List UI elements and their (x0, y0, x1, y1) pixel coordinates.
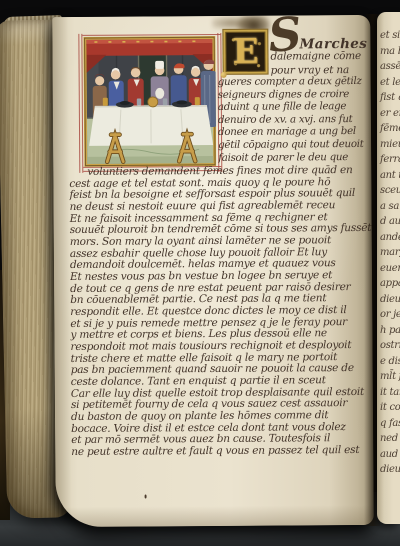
text-line: fēmes (380, 121, 400, 137)
facing-page-text: et silouma bnassēblaet leurfist quer en … (380, 28, 400, 478)
page-inner-shadow (52, 17, 72, 527)
text-line: it tant (380, 385, 400, 401)
text-line: fist qu (380, 90, 400, 106)
text-line: a sa fē (380, 199, 400, 215)
text-line: ferray (380, 152, 400, 168)
text-line: assēbla (380, 59, 400, 75)
miniature-frame (78, 33, 225, 175)
main-text-block: voluntiers demandent fēmes fines mot dir… (69, 165, 374, 459)
text-line: it conte (380, 400, 400, 416)
text-line: mary (380, 245, 400, 261)
text-line: ne peut estre aultre et fault q vous en … (71, 445, 374, 459)
text-line: ant tous (380, 168, 400, 184)
text-line: sceu d (380, 183, 400, 199)
banquet-miniature (83, 36, 216, 167)
text-line: ostrin (380, 338, 400, 354)
text-line: ma bn (380, 44, 400, 60)
manuscript-photo: E S Marches dalemaigne cōmepour vray et … (0, 0, 400, 546)
text-line: d auez (380, 214, 400, 230)
text-line: aud pe (380, 447, 400, 463)
manuscript-page: E S Marches dalemaigne cōmepour vray et … (52, 15, 374, 527)
text-line: er en ce (380, 106, 400, 122)
ruling-line (78, 34, 80, 173)
page-bottom-shadow (56, 505, 374, 527)
text-line: et leur (380, 75, 400, 91)
facing-page-sliver: et silouma bnassēblaet leurfist quer en … (377, 12, 400, 524)
text-line: gueres compter a deux gētilz (218, 75, 371, 89)
text-line: q fass (380, 416, 400, 432)
ink-speck (145, 494, 147, 498)
text-line: faisoit de parer le deu que (218, 150, 371, 164)
illuminated-initial: E (223, 30, 267, 74)
text-line: e disan (380, 354, 400, 370)
text-line: ned et d (380, 431, 400, 447)
narrow-column-lines: gueres compter a deux gētilzseigneurs di… (218, 75, 372, 164)
text-line: euense (380, 261, 400, 277)
text-line: dieu bo (380, 292, 400, 308)
text-line: ml̄t fe (380, 369, 400, 385)
opening-lines-beside-initial: dalemaigne cōmepour vray et na (270, 50, 370, 78)
text-line: mieulx (380, 137, 400, 153)
text-line: donee en mariage a ung bel (218, 125, 371, 139)
text-line: seigneurs dignes de croire (218, 87, 371, 101)
text-line: et silou (380, 28, 400, 44)
text-line: denuiro de xv. a xvj. ans fut (218, 113, 371, 127)
text-line: appais (380, 276, 400, 292)
text-line: gētil cōpaigno qui tout deuoit (218, 138, 371, 152)
text-line: dalemaigne cōme (270, 50, 370, 64)
text-line: or je (380, 307, 400, 323)
text-line: dieu pla (380, 462, 400, 478)
text-line: andes (380, 230, 400, 246)
text-line: h paulz (380, 323, 400, 339)
text-line: aduint q une fille de leage (218, 100, 371, 114)
